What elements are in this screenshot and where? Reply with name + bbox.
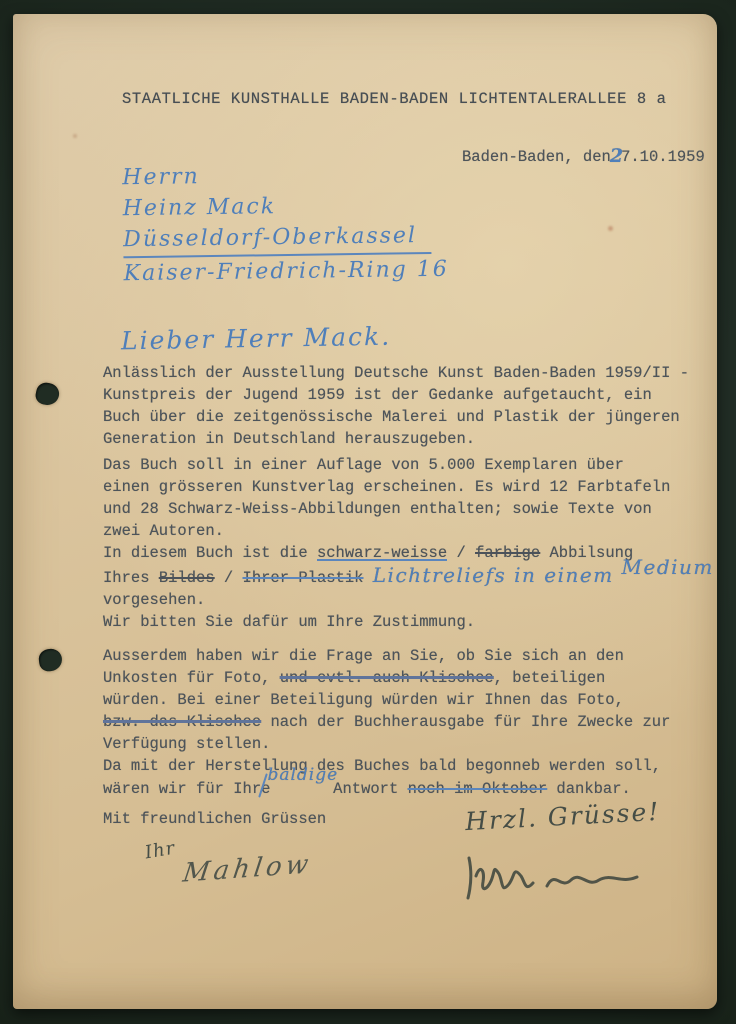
salutation-handwritten: Lieber Herr Mack. [121, 322, 392, 356]
seg-text: und 28 Schwarz-Weiss-Abbildungen enthalt… [103, 500, 652, 518]
seg-text: Anlässlich der Ausstellung Deutsche Kuns… [103, 364, 689, 382]
address-underline: Düsseldorf-Oberkassel [123, 220, 431, 258]
signature-right-scrawl [459, 850, 645, 917]
date-handwritten-digit: 2 [610, 145, 623, 167]
seg-strike-dark: farbige [475, 544, 540, 562]
seg-underline-blue: schwarz-weisse [317, 544, 447, 562]
recipient-line-herrn: Herrn [122, 158, 447, 194]
seg-text: / [215, 569, 243, 587]
seg-text: / [447, 544, 475, 562]
body-line: bzw. das Klischee nach der Buchherausgab… [103, 711, 719, 733]
seg-text: Ausserdem haben wir die Frage an Sie, ob… [103, 647, 624, 665]
seg-text: Buch über die zeitgenössische Malerei un… [103, 408, 680, 426]
body-paragraph: Das Buch soll in einer Auflage von 5.000… [103, 454, 719, 542]
seg-text: dankbar. [547, 780, 631, 798]
body-line: Generation in Deutschland herauszugeben. [103, 428, 719, 450]
body-paragraph: Da mit der Herstellung des Buches bald b… [103, 755, 719, 800]
seg-hand-blue-raised: Medium [622, 555, 714, 579]
seg-strike-gray: und evtl. auch Klischee [280, 669, 494, 687]
body-line: Ihres Bildes / Ihrer Plastik Lichtrelief… [103, 564, 719, 589]
seg-text: , beteiligen [494, 669, 606, 687]
seg-text: In diesem Buch ist die [103, 544, 317, 562]
seg-text: wären wir für [103, 780, 233, 798]
seg-text: Ihres [103, 569, 159, 587]
seg-text: einen grösseren Kunstverlag erscheinen. … [103, 478, 670, 496]
recipient-line-street: Kaiser-Friedrich-Ring 16 [123, 254, 448, 290]
body-line: wären wir für IhrebaldigeAntwort noch im… [103, 777, 719, 800]
seg-text: Abbilsung [540, 544, 633, 562]
body-line: zwei Autoren. [103, 520, 719, 542]
body-line: vorgesehen. [103, 589, 719, 611]
signature-left-name: Mahlow [181, 849, 314, 888]
seg-text: zwei Autoren. [103, 522, 224, 540]
seg-text: Kunstpreis der Jugend 1959 ist der Gedan… [103, 386, 652, 404]
body-line: Das Buch soll in einer Auflage von 5.000… [103, 454, 719, 476]
closing-line: Mit freundlichen Grüssen [103, 810, 326, 828]
body-line: und 28 Schwarz-Weiss-Abbildungen enthalt… [103, 498, 719, 520]
recipient-line-name: Heinz Mack [123, 189, 448, 225]
body-line: Kunstpreis der Jugend 1959 ist der Gedan… [103, 384, 719, 406]
recipient-line-city: Düsseldorf-Oberkassel [123, 220, 449, 259]
body-line: einen grösseren Kunstverlag erscheinen. … [103, 476, 719, 498]
body-line: Da mit der Herstellung des Buches bald b… [103, 755, 719, 777]
greeting-right-handwritten: Hrzl. Grüsse! [464, 797, 661, 836]
seg-strike-blue: noch im Oktober [408, 780, 548, 798]
signature-scrawl-icon [459, 850, 645, 912]
seg-strike-blue: Ihrer Plastik [243, 569, 364, 587]
seg-text: Wir bitten Sie dafür um Ihre Zustimmung. [103, 613, 475, 631]
seg-text: Da mit der Herstellung des Buches bald b… [103, 757, 661, 775]
seg-text: Unkosten für Foto, [103, 669, 280, 687]
paper-stain [608, 226, 613, 231]
seg-text: vorgesehen. [103, 591, 205, 609]
body-paragraph: In diesem Buch ist die schwarz-weisse / … [103, 542, 719, 611]
seg-hand-blue: Lichtreliefs in einem [373, 563, 622, 587]
seg-insert-above: baldige [267, 764, 338, 786]
body-line: Unkosten für Foto, und evtl. auch Klisch… [103, 667, 719, 689]
body-line: Buch über die zeitgenössische Malerei un… [103, 406, 719, 428]
letter-body: Anlässlich der Ausstellung Deutsche Kuns… [103, 362, 719, 800]
body-line: Anlässlich der Ausstellung Deutsche Kuns… [103, 362, 719, 384]
body-paragraph: Ausserdem haben wir die Frage an Sie, ob… [103, 645, 719, 755]
paper-stain [73, 134, 77, 138]
dateline-typed-prefix: Baden-Baden, den [462, 148, 611, 166]
seg-text: Das Buch soll in einer Auflage von 5.000… [103, 456, 624, 474]
seg-text: würden. Bei einer Beteiligung würden wir… [103, 691, 624, 709]
scan-page: { "meta": { "document_type": "scanned ty… [0, 0, 736, 1024]
letter-paper: STAATLICHE KUNSTHALLE BADEN-BADEN LICHTE… [13, 14, 717, 1009]
dateline: Baden-Baden, den27.10.1959 [462, 144, 705, 166]
seg-strike-gray: bzw. das Klischee [103, 713, 261, 731]
dateline-typed-rest: 7.10.1959 [621, 148, 705, 166]
seg-text: Antwort [333, 780, 407, 798]
punch-hole-top [34, 381, 61, 407]
seg-text: Generation in Deutschland herauszugeben. [103, 430, 475, 448]
body-paragraph: Anlässlich der Ausstellung Deutsche Kuns… [103, 362, 719, 450]
seg-text: Verfügung stellen. [103, 735, 270, 753]
body-line: Ausserdem haben wir die Frage an Sie, ob… [103, 645, 719, 667]
signature-left-prefix: Ihr [143, 838, 176, 864]
punch-hole-bottom [38, 648, 64, 673]
seg-text [363, 569, 372, 587]
body-line: Verfügung stellen. [103, 733, 719, 755]
body-line: Wir bitten Sie dafür um Ihre Zustimmung. [103, 611, 719, 633]
body-paragraph: Wir bitten Sie dafür um Ihre Zustimmung. [103, 611, 719, 633]
body-line: würden. Bei einer Beteiligung würden wir… [103, 689, 719, 711]
recipient-address: Herrn Heinz Mack Düsseldorf-Oberkassel K… [122, 158, 449, 290]
seg-strike-dark: Bildes [159, 569, 215, 587]
letterhead: STAATLICHE KUNSTHALLE BADEN-BADEN LICHTE… [122, 90, 702, 108]
seg-text: nach der Buchherausgabe für Ihre Zwecke … [261, 713, 670, 731]
